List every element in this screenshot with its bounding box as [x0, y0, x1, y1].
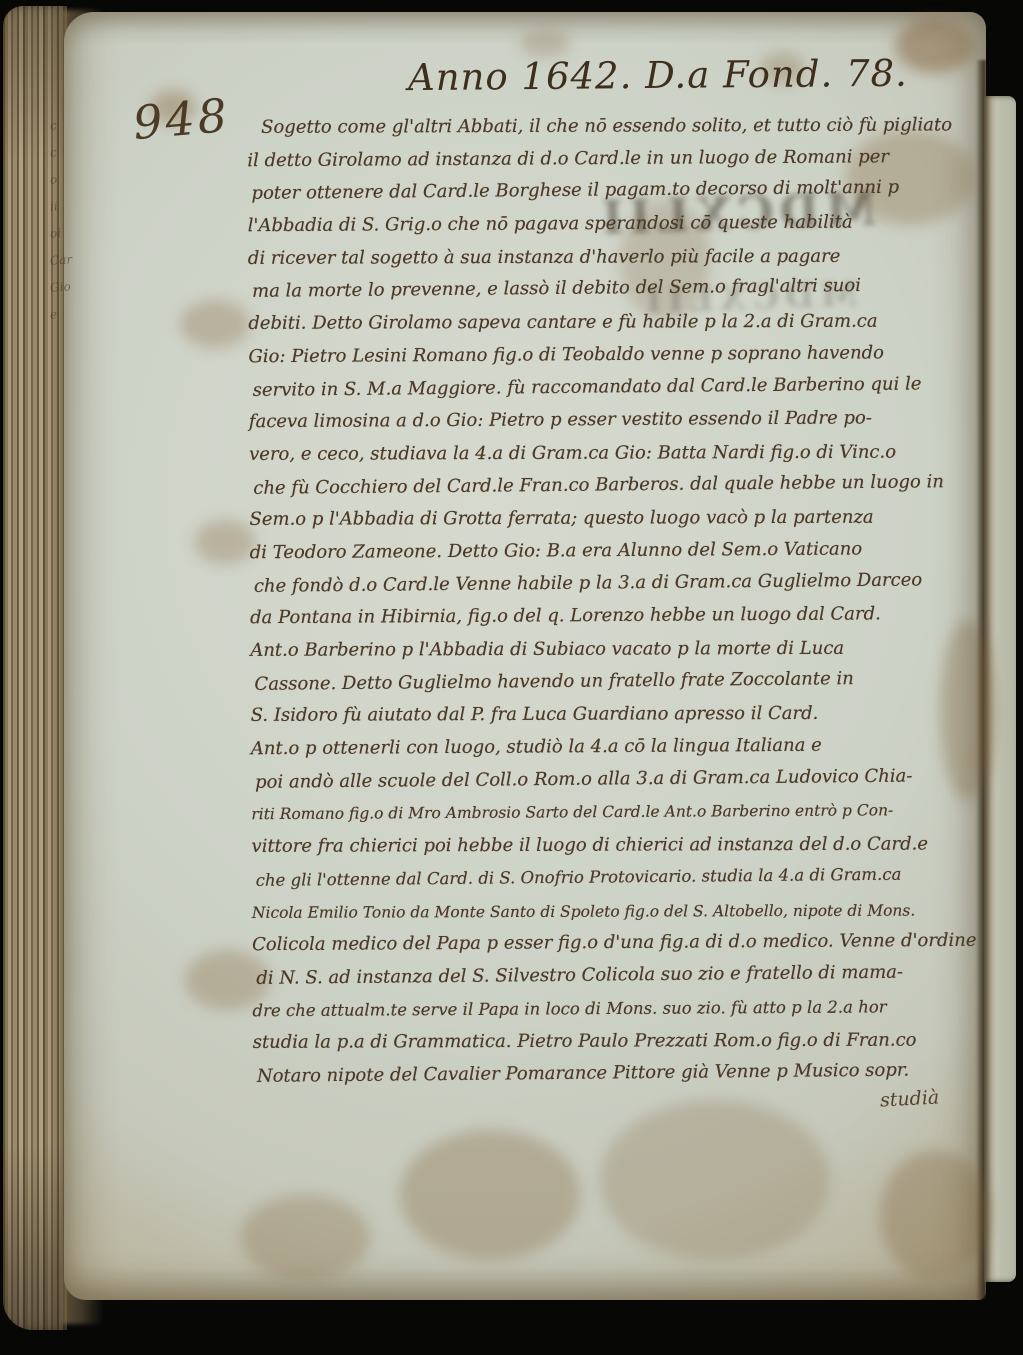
stain	[600, 1100, 830, 1260]
manuscript-line: l'Abbadia di S. Grig.o che nō pagava spe…	[248, 206, 972, 243]
manuscript-line: poi andò alle scuole del Coll.o Rom.o al…	[251, 760, 975, 800]
manuscript-line: che fondò d.o Card.le Venne habile p la …	[250, 564, 974, 604]
margin-mark: o	[50, 171, 73, 187]
manuscript-line: Sem.o p l'Abbadia di Grotta ferrata; que…	[249, 502, 973, 537]
manuscript-line: di N. S. ad instanza del S. Silvestro Co…	[252, 956, 976, 996]
margin-marks: c c o ii oi Car Gio e	[50, 118, 72, 321]
manuscript-line: Sogetto come gl'altri Abbati, il che nō …	[247, 109, 971, 144]
margin-mark: e	[50, 306, 73, 322]
margin-mark: Car	[50, 252, 73, 268]
stain	[180, 300, 250, 348]
margin-mark: oi	[50, 225, 73, 241]
manuscript-line: da Pontana in Hibirnia, fig.o del q. Lor…	[250, 598, 974, 635]
margin-mark: ii	[50, 198, 73, 214]
manuscript-line: S. Isidoro fù aiutato dal P. fra Luca Gu…	[251, 698, 975, 733]
margin-mark: Gio	[50, 279, 73, 295]
stain	[880, 1150, 990, 1280]
stain	[240, 1195, 370, 1280]
page-header: Anno 1642. D.a Fond. 78.	[408, 52, 888, 99]
folio-number: 948	[131, 88, 232, 150]
stain	[520, 30, 570, 56]
stain	[195, 520, 255, 564]
manuscript-line: faceva limosina a d.o Gio: Pietro p esse…	[249, 402, 973, 439]
manuscript-scan: MDCXLII MDCXLII Anno 1642. D.a Fond. 78.…	[0, 0, 1023, 1355]
margin-mark: c	[50, 144, 73, 160]
manuscript-line: che gli l'ottenne dal Card. di S. Onofri…	[252, 858, 976, 898]
manuscript-line: ma la morte lo prevenne, e lassò il debi…	[248, 269, 972, 309]
manuscript-line: che fù Cocchiero del Card.le Fran.co Bar…	[249, 465, 973, 505]
body-text: Sogetto come gl'altri Abbati, il che nō …	[247, 108, 977, 1093]
stain	[400, 1130, 580, 1260]
manuscript-line: poter ottenere dal Card.le Borghese il p…	[247, 171, 971, 211]
manuscript-line: Notaro nipote del Cavalier Pomarance Pit…	[253, 1054, 977, 1094]
manuscript-line: Cassone. Detto Guglielmo havendo un frat…	[250, 662, 974, 702]
manuscript-line: servito in S. M.a Maggiore. fù raccomand…	[249, 367, 973, 407]
manuscript-line: dre che attualm.te serve il Papa in loco…	[252, 990, 976, 1027]
catchword: studià	[879, 1086, 939, 1111]
manuscript-line: debiti. Detto Girolamo sapeva cantare e …	[248, 305, 972, 340]
margin-mark: c	[50, 117, 73, 133]
manuscript-line: riti Romano fig.o di Mro Ambrosio Sarto …	[251, 794, 975, 831]
manuscript-line: Nicola Emilio Tonio da Monte Santo di Sp…	[252, 894, 976, 929]
